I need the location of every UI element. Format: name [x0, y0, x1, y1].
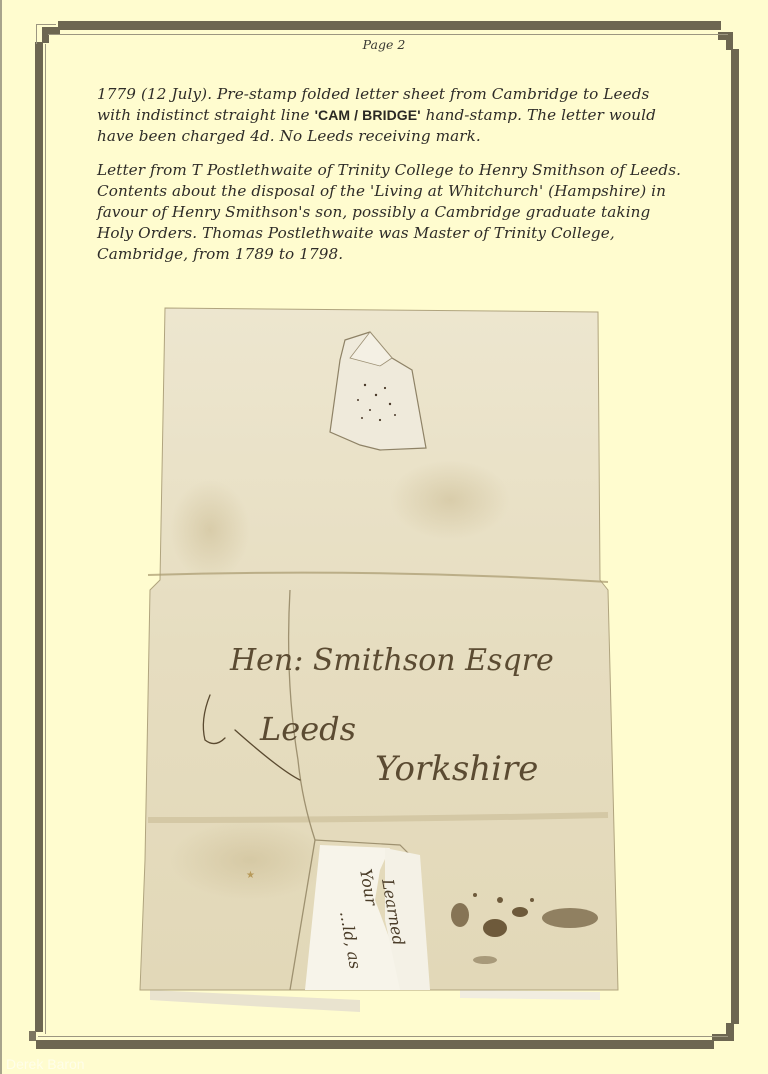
watermark: Derek Baron	[6, 1056, 85, 1072]
description-paragraph-1: 1779 (12 July). Pre-stamp folded letter …	[97, 84, 687, 147]
svg-text:Hen: Smithson Esqre: Hen: Smithson Esqre	[229, 643, 554, 678]
svg-text:★: ★	[246, 870, 255, 881]
svg-text:Yorkshire: Yorkshire	[375, 749, 538, 789]
folded-letter-image: Hen: Smithson Esqre Leeds Yorkshire Your…	[130, 300, 630, 1020]
description-paragraph-2: Letter from T Postlethwaite of Trinity C…	[97, 160, 687, 265]
svg-text:Leeds: Leeds	[259, 710, 356, 748]
handstamp-text: 'CAM / BRIDGE'	[315, 107, 421, 123]
page-edge	[0, 0, 2, 1074]
page-number: Page 2	[0, 37, 768, 52]
